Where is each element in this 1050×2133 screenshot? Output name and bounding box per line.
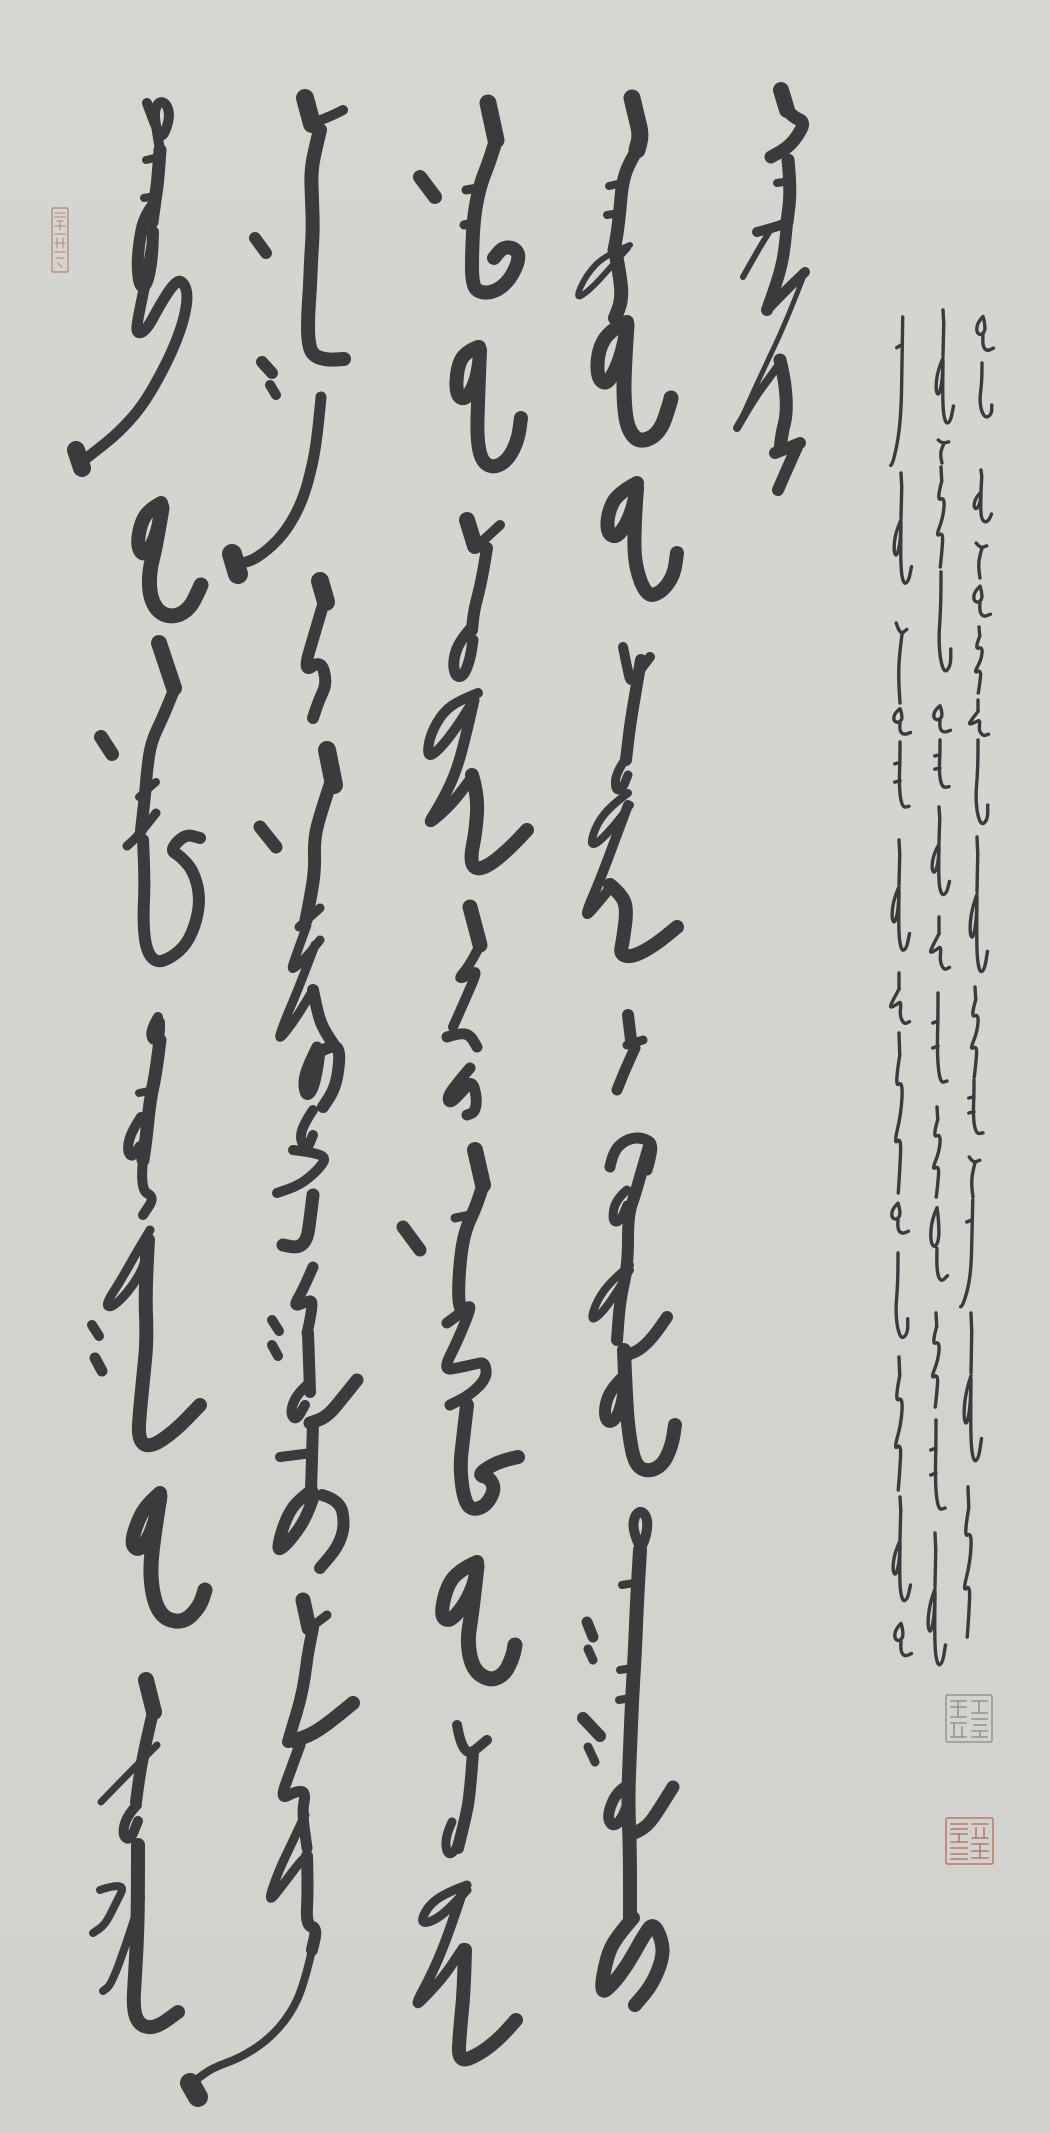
brush-stroke: [615, 757, 628, 790]
brush-stroke: [278, 1490, 314, 1549]
brush-stroke: [464, 222, 475, 225]
brush-stroke: [977, 901, 988, 971]
inscription-word: [895, 1623, 912, 1655]
inscription-word: [896, 623, 907, 703]
brush-stroke: [308, 130, 344, 360]
brush-stroke: [936, 1313, 937, 1326]
brush-stroke: [980, 363, 992, 417]
calligraphy-line-1: [76, 102, 205, 2027]
brush-stroke: [472, 140, 518, 293]
brush-stroke: [614, 150, 637, 250]
brush-stroke: [143, 1040, 160, 1160]
brush-stroke: [320, 581, 326, 602]
brush-stroke: [943, 324, 944, 355]
brush-stroke: [306, 785, 330, 920]
brush-stroke: [969, 1112, 974, 1113]
brush-stroke: [899, 893, 910, 950]
brush-stroke: [470, 907, 480, 945]
brush-stroke: [970, 711, 989, 735]
brush-stroke: [146, 157, 159, 160]
artwork-canvas: [0, 0, 1050, 2133]
brush-stroke: [939, 818, 940, 842]
inscription-word: [939, 572, 951, 671]
brush-stroke: [93, 1886, 122, 1933]
brush-stroke: [941, 443, 945, 463]
brush-stroke: [448, 1068, 476, 1115]
brush-stroke: [780, 360, 786, 450]
inscription-column-2: [928, 310, 953, 1665]
brush-stroke: [933, 1326, 939, 1407]
brush-stroke: [899, 854, 900, 884]
brush-stroke: [967, 1220, 972, 1222]
inscription-word: [928, 1533, 945, 1665]
brush-stroke: [147, 102, 169, 150]
inscription-word: [892, 1203, 909, 1233]
brush-stroke: [974, 586, 982, 602]
brush-stroke: [292, 1385, 308, 1418]
brush-stroke: [896, 1253, 908, 1337]
brush-stroke: [933, 1021, 938, 1023]
inscription-word: [894, 473, 911, 583]
brush-stroke: [971, 1313, 972, 1332]
inscription-word: [969, 1157, 980, 1197]
brush-stroke: [447, 1307, 486, 1405]
brush-stroke: [935, 768, 940, 769]
inscription-column-3: [891, 317, 912, 1656]
brush-stroke: [931, 934, 950, 969]
brush-stroke: [940, 721, 951, 732]
brush-stroke: [935, 1596, 946, 1665]
brush-stroke: [629, 1550, 641, 1918]
brush-stroke: [602, 1918, 662, 2005]
brush-stroke: [283, 1195, 313, 1247]
brush-stroke: [939, 849, 950, 895]
brush-stroke: [76, 450, 82, 468]
main-calligraphy-text: [76, 90, 805, 2097]
seal-border: [52, 208, 68, 272]
brush-stroke: [139, 1240, 200, 1445]
brush-stroke: [934, 1120, 940, 1197]
brush-stroke: [941, 467, 942, 481]
brush-stroke: [455, 1215, 470, 1218]
brush-stroke: [101, 1745, 157, 1802]
calligraphy-artwork: [0, 0, 1050, 2133]
inscription-word: [891, 317, 903, 465]
brush-stroke: [943, 310, 944, 324]
brush-stroke: [288, 1628, 313, 1742]
brush-stroke: [124, 1805, 138, 1839]
inscription-word: [936, 310, 953, 423]
inscription-word: [961, 1200, 973, 1307]
inscription-word: [938, 467, 944, 567]
brush-stroke: [900, 1510, 901, 1539]
brush-stroke: [232, 554, 238, 574]
brush-stroke: [777, 181, 790, 183]
inscription-word: [964, 1313, 981, 1461]
brush-stroke: [895, 1623, 903, 1640]
brush-stroke: [632, 98, 640, 150]
brush-stroke: [965, 1508, 971, 1637]
brush-stroke: [311, 1423, 313, 1490]
seal-signature-gray: [946, 1695, 992, 1742]
brush-stroke: [981, 477, 982, 491]
inscription-word: [965, 1487, 971, 1637]
brush-stroke: [624, 325, 671, 440]
inscription-word: [931, 1420, 945, 1509]
brush-stroke: [771, 110, 803, 157]
brush-stroke: [977, 317, 985, 335]
inscription-word: [972, 987, 978, 1077]
inscription-word: [934, 706, 951, 732]
brush-stroke: [937, 993, 947, 1082]
brush-stroke: [933, 1046, 938, 1048]
brush-stroke: [901, 526, 912, 583]
brush-stroke: [975, 987, 976, 1000]
brush-stroke: [939, 740, 949, 787]
brush-stroke: [159, 643, 174, 688]
brush-stroke: [134, 1845, 178, 2027]
brush-stroke: [467, 520, 475, 546]
brush-stroke: [976, 740, 988, 824]
seal-signature-red: [946, 1818, 993, 1864]
inscription-word: [894, 709, 911, 734]
brush-stroke: [901, 473, 902, 487]
inscription-word: [896, 1357, 902, 1490]
brush-stroke: [976, 636, 982, 693]
brush-stroke: [615, 250, 621, 318]
brush-stroke: [935, 1420, 945, 1509]
inscription-word: [976, 627, 982, 693]
brush-stroke: [939, 572, 951, 671]
brush-stroke: [973, 1080, 983, 1133]
calligraphy-line-4: [578, 98, 677, 2005]
inscription-word: [934, 1107, 940, 1197]
brush-stroke: [454, 627, 473, 677]
inscription-word: [974, 470, 991, 522]
brush-stroke: [477, 350, 521, 466]
brush-stroke: [420, 177, 435, 197]
brush-stroke: [617, 1143, 650, 1340]
brush-stroke: [307, 605, 326, 718]
brush-stroke: [971, 1332, 972, 1373]
brush-stroke: [972, 1162, 976, 1197]
inscription-word: [896, 1253, 908, 1337]
inscription-word: [931, 1208, 948, 1280]
brush-stroke: [587, 1622, 593, 1637]
calligraphy-line-2: [190, 98, 357, 2097]
brush-stroke: [938, 481, 944, 567]
brush-stroke: [899, 840, 900, 854]
brush-stroke: [583, 1718, 600, 1736]
brush-stroke: [899, 633, 903, 703]
inscription-word: [974, 586, 991, 616]
brush-stroke: [255, 238, 266, 253]
brush-stroke: [609, 183, 622, 186]
brush-stroke: [472, 775, 528, 868]
brush-stroke: [931, 1473, 936, 1475]
brush-stroke: [977, 837, 978, 854]
seal-glyph-mark: [58, 263, 62, 267]
calligraphy-line-3: [403, 103, 527, 2059]
seal-top-left: [52, 208, 68, 272]
brush-stroke: [613, 1190, 627, 1222]
brush-stroke: [899, 1357, 900, 1376]
inscription-word: [896, 1033, 902, 1193]
brush-stroke: [320, 1495, 344, 1568]
brush-stroke: [901, 487, 902, 517]
brush-stroke: [466, 188, 478, 190]
inscription-word: [970, 700, 989, 735]
brush-stroke: [737, 363, 780, 428]
brush-stroke: [609, 1785, 630, 1825]
inscription-text: [891, 310, 994, 1665]
brush-stroke: [891, 989, 910, 1023]
brush-stroke: [624, 1350, 675, 1470]
inscription-word: [969, 1080, 983, 1133]
brush-stroke: [977, 854, 978, 891]
brush-stroke: [144, 196, 156, 198]
brush-stroke: [151, 1496, 205, 1621]
inscription-word: [895, 742, 909, 807]
brush-stroke: [628, 1015, 631, 1040]
brush-stroke: [459, 1185, 483, 1312]
brush-stroke: [630, 1787, 673, 1835]
brush-stroke: [981, 495, 992, 522]
brush-stroke: [143, 836, 200, 962]
brush-stroke: [139, 1090, 154, 1093]
brush-stroke: [128, 1117, 141, 1156]
inscription-word: [970, 837, 987, 972]
brush-stroke: [943, 364, 954, 423]
brush-stroke: [272, 1320, 279, 1331]
calligraphy-line-5: [737, 90, 805, 490]
brush-stroke: [980, 603, 991, 616]
brush-stroke: [895, 762, 900, 763]
brush-stroke: [307, 1856, 315, 1950]
inscription-word: [976, 543, 987, 578]
brush-stroke: [634, 487, 677, 595]
inscription-word: [891, 973, 910, 1023]
brush-stroke: [459, 1950, 516, 2059]
brush-stroke: [304, 1047, 320, 1095]
brush-stroke: [272, 1345, 278, 1356]
inscription-word: [931, 917, 950, 969]
brush-stroke: [983, 336, 994, 351]
inscription-word: [933, 1313, 939, 1407]
brush-stroke: [92, 1325, 99, 1336]
brush-stroke: [935, 755, 940, 756]
brush-stroke: [142, 1160, 152, 1215]
brush-stroke: [972, 1000, 978, 1077]
brush-stroke: [301, 1110, 313, 1147]
brush-stroke: [968, 1487, 969, 1508]
brush-stroke: [898, 1220, 909, 1233]
brush-stroke: [934, 706, 942, 720]
brush-stroke: [900, 1547, 911, 1601]
brush-stroke: [900, 723, 911, 734]
inscription-word: [980, 363, 992, 417]
brush-stroke: [620, 1668, 632, 1670]
brush-stroke: [277, 1150, 324, 1193]
brush-stroke: [313, 990, 336, 1048]
brush-stroke: [891, 317, 903, 465]
inscription-word: [933, 993, 947, 1082]
brush-stroke: [899, 1033, 900, 1055]
brush-stroke: [610, 885, 677, 956]
brush-stroke: [453, 945, 480, 1027]
brush-stroke: [901, 1642, 912, 1656]
brush-stroke: [900, 1497, 901, 1510]
inscription-word: [976, 740, 988, 824]
brush-stroke: [619, 1698, 631, 1700]
brush-stroke: [260, 827, 276, 847]
inscription-word: [938, 440, 949, 463]
brush-stroke: [95, 1358, 102, 1371]
brush-stroke: [296, 1267, 313, 1333]
brush-stroke: [607, 213, 619, 215]
inscription-word: [977, 317, 994, 351]
brush-stroke: [787, 160, 790, 222]
brush-stroke: [961, 1200, 973, 1307]
brush-stroke: [931, 1208, 939, 1247]
brush-stroke: [937, 1107, 938, 1120]
brush-stroke: [262, 362, 272, 373]
brush-stroke: [894, 709, 902, 723]
brush-stroke: [196, 1950, 312, 2080]
brush-stroke: [622, 1583, 634, 1585]
brush-stroke: [461, 1405, 518, 1509]
brush-stroke: [323, 1047, 339, 1107]
inscription-word: [935, 740, 949, 787]
brush-stroke: [895, 781, 900, 782]
brush-stroke: [190, 2083, 198, 2097]
brush-stroke: [149, 508, 201, 616]
brush-stroke: [270, 385, 276, 395]
brush-stroke: [896, 1376, 902, 1490]
brush-stroke: [233, 397, 321, 563]
brush-stroke: [617, 1048, 635, 1090]
brush-stroke: [627, 1317, 667, 1355]
brush-stroke: [472, 548, 487, 630]
brush-stroke: [899, 742, 909, 807]
brush-stroke: [896, 1055, 902, 1193]
brush-stroke: [310, 1380, 357, 1423]
brush-stroke: [101, 737, 112, 754]
brush-stroke: [937, 1249, 948, 1281]
brush-stroke: [931, 1448, 936, 1450]
brush-stroke: [969, 1097, 974, 1098]
inscription-word: [893, 1497, 910, 1601]
brush-stroke: [447, 1034, 477, 1047]
brush-stroke: [403, 1227, 420, 1250]
brush-stroke: [979, 547, 983, 578]
brush-stroke: [892, 1203, 900, 1219]
brush-stroke: [588, 1649, 593, 1660]
inscription-column-1: [961, 317, 994, 1637]
brush-stroke: [935, 1550, 936, 1586]
inscription-word: [892, 840, 909, 950]
brush-stroke: [588, 1747, 595, 1762]
seal-border: [946, 1818, 993, 1864]
brush-stroke: [971, 1384, 982, 1461]
inscription-word: [932, 807, 949, 895]
brush-stroke: [468, 1566, 515, 1679]
brush-stroke: [935, 1533, 936, 1550]
